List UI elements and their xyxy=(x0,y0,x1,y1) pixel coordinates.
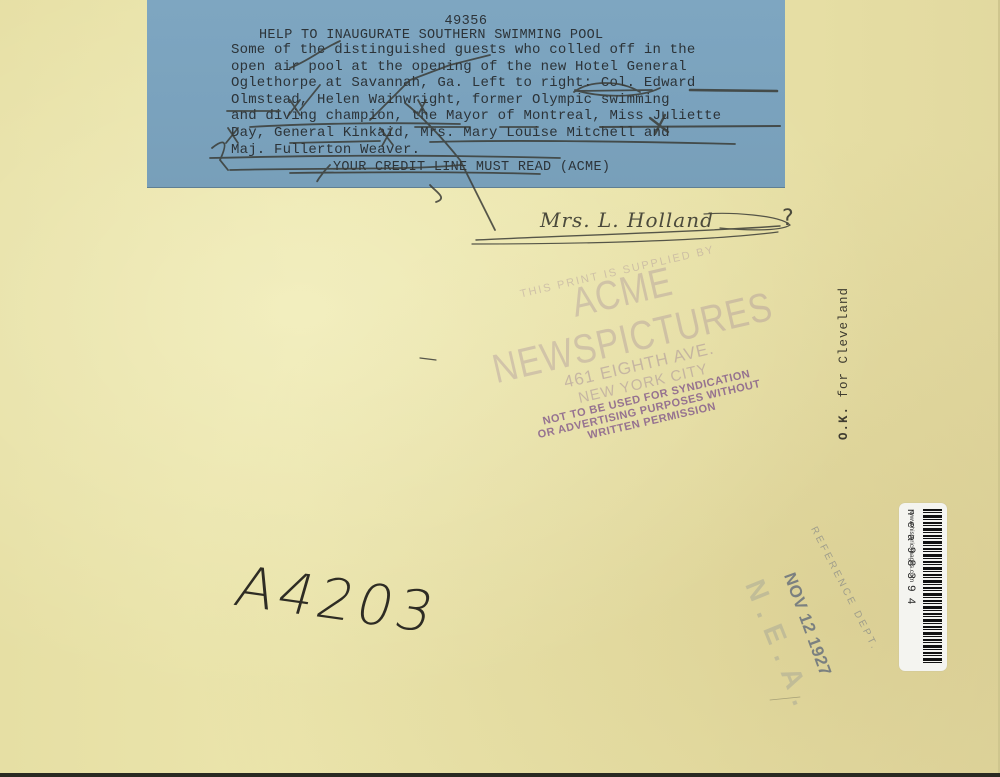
photo-back-sheet: 49356 HELP TO INAUGURATE SOUTHERN SWIMMI… xyxy=(0,0,1000,773)
caption-body: Some of the distinguished guests who col… xyxy=(231,42,721,158)
barcode-website: www.historicimages.com xyxy=(908,511,915,582)
handwritten-name-note: Mrs. L. Holland xyxy=(540,208,714,232)
photo-number: 49356 xyxy=(147,14,785,29)
caption-line: Day, General Kinkaid, Mrs. Mary Louise M… xyxy=(231,125,721,142)
barcode-icon xyxy=(923,509,942,665)
ok-mark: O.K. xyxy=(837,406,851,440)
caption-line: Some of the distinguished guests who col… xyxy=(231,42,721,59)
vertical-note-text: for Cleveland xyxy=(837,287,851,398)
vertical-typed-note: O.K. for Cleveland xyxy=(837,287,851,440)
caption-line: Maj. Fullerton Weaver. xyxy=(231,142,721,159)
caption-slip: 49356 HELP TO INAUGURATE SOUTHERN SWIMMI… xyxy=(147,0,785,187)
caption-headline: HELP TO INAUGURATE SOUTHERN SWIMMING POO… xyxy=(259,28,603,43)
caption-line: Oglethorpe at Savannah, Ga. Left to righ… xyxy=(231,75,721,92)
caption-line: Olmstead, Helen Wainwright, former Olymp… xyxy=(231,92,721,109)
handwritten-question-mark: ? xyxy=(782,206,794,231)
caption-line: and diving champion, the Mayor of Montre… xyxy=(231,108,721,125)
credit-line: YOUR CREDIT LINE MUST READ (ACME) xyxy=(333,160,610,175)
handwritten-file-number: A4203 xyxy=(228,555,445,646)
caption-line: open air pool at the opening of the new … xyxy=(231,59,721,76)
barcode-label: nea98394 www.historicimages.com xyxy=(899,503,947,671)
acme-newspictures-stamp: THIS PRINT IS SUPPLIED BY ACME NEWSPICTU… xyxy=(470,233,799,461)
